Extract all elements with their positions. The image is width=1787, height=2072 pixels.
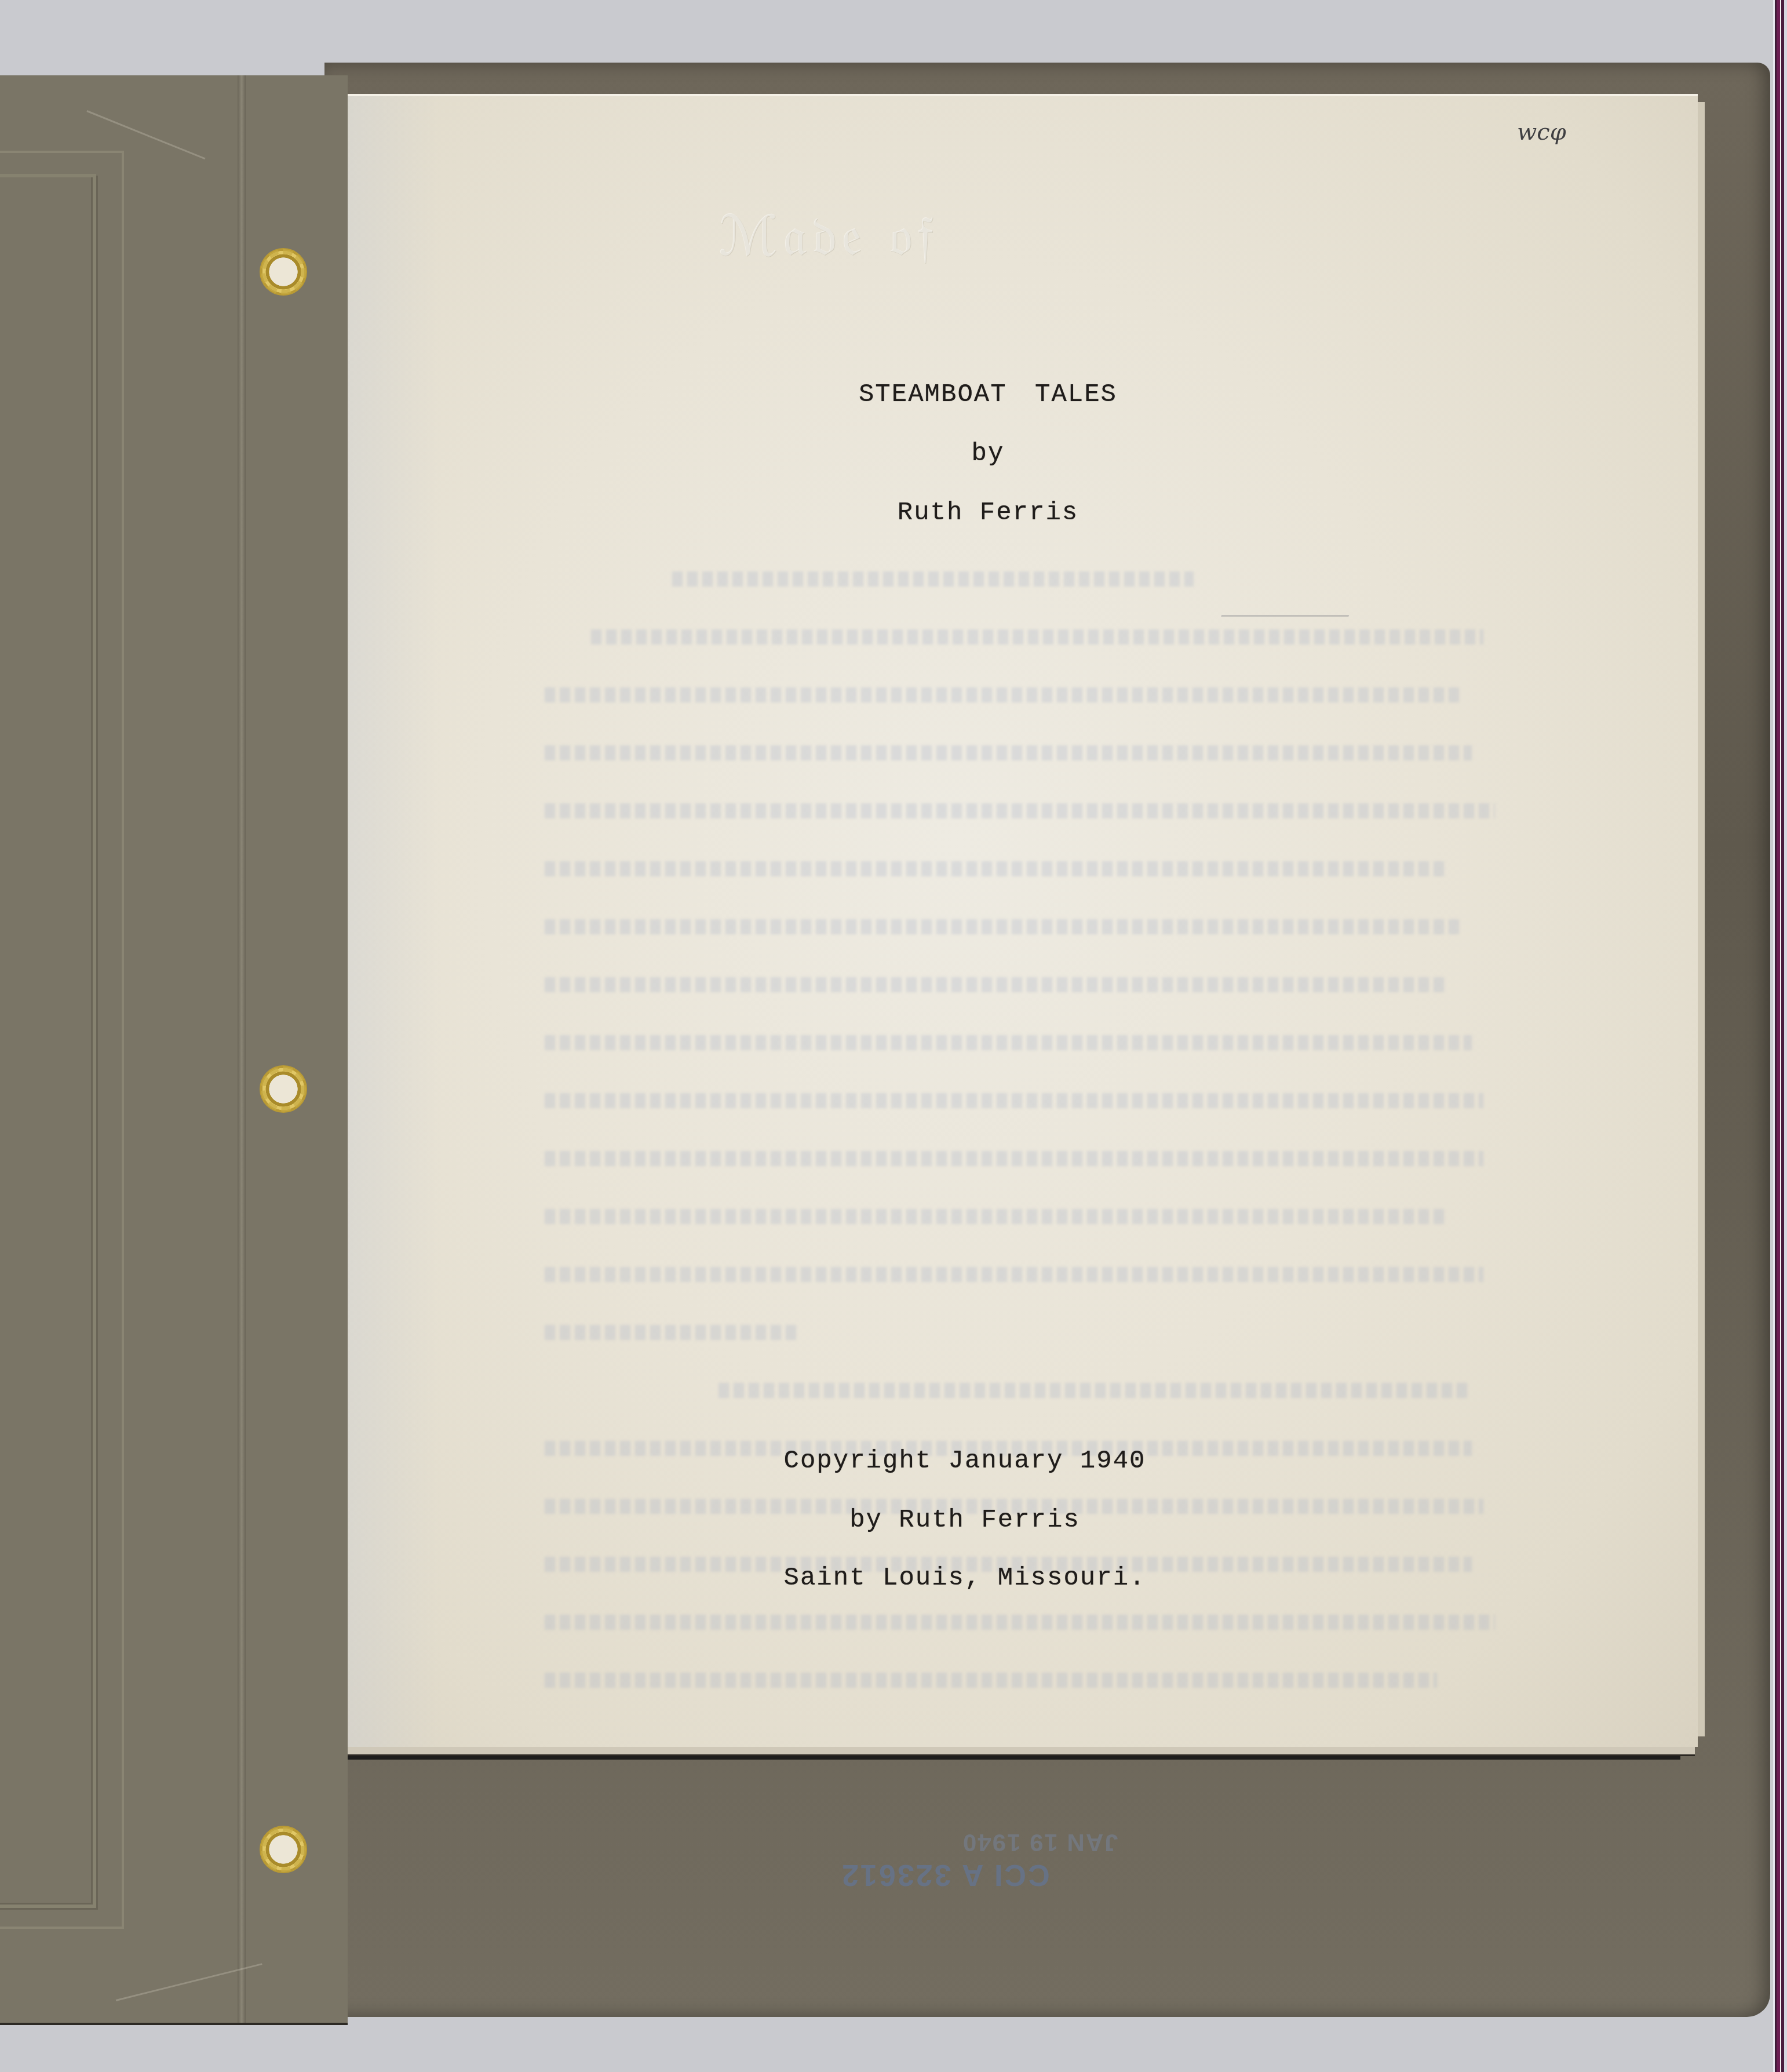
stamp-number-bleedthrough: CCI A 323612 xyxy=(840,1858,1050,1892)
bleedthrough-line xyxy=(591,629,1483,644)
pencil-mark xyxy=(1221,592,1358,617)
bleedthrough-line xyxy=(719,1383,1472,1398)
bleedthrough-line xyxy=(545,1673,1437,1688)
bleedthrough-line xyxy=(545,1615,1495,1630)
copyright-location: Saint Louis, Missouri. xyxy=(290,1564,1640,1593)
bleedthrough-line xyxy=(672,571,1194,587)
byline-by: by xyxy=(313,439,1663,468)
cover-embossed-panel xyxy=(0,174,96,1908)
scanner-edge-artifact xyxy=(1773,0,1787,2072)
bleedthrough-line xyxy=(545,803,1495,818)
cover-hinge-fold xyxy=(238,75,246,2023)
document-title: STEAMBOAT TALES xyxy=(313,380,1663,409)
bleedthrough-line xyxy=(545,1267,1483,1282)
bleedthrough-line xyxy=(545,919,1460,934)
copyright-date: Copyright January 1940 xyxy=(290,1447,1640,1476)
binder-grommet-icon xyxy=(260,1065,307,1113)
embossed-lettering: ℳ𝔞𝔡𝔢 𝔬𝔣 xyxy=(719,203,1159,267)
author-name: Ruth Ferris xyxy=(313,498,1663,527)
copyright-author: by Ruth Ferris xyxy=(290,1506,1640,1535)
binder-grommet-icon xyxy=(260,248,307,296)
bleedthrough-line xyxy=(545,977,1449,992)
bleedthrough-line xyxy=(545,1209,1449,1224)
bleedthrough-line xyxy=(545,1151,1483,1166)
bleedthrough-line xyxy=(545,1035,1472,1050)
binder-front-cover xyxy=(0,75,348,2025)
bleedthrough-line xyxy=(545,861,1449,876)
bleedthrough-line xyxy=(545,1093,1483,1108)
bleedthrough-line xyxy=(545,1325,800,1340)
binder-grommet-icon xyxy=(260,1826,307,1873)
stamp-date-bleedthrough: JAN 19 1940 xyxy=(962,1829,1118,1856)
bleedthrough-line xyxy=(545,687,1460,702)
handwritten-note: wcφ xyxy=(1517,119,1566,145)
bleedthrough-line xyxy=(545,745,1472,760)
title-page: ℳ𝔞𝔡𝔢 𝔬𝔣 STEAMBOAT TALES by Ruth Ferris C… xyxy=(348,94,1698,1747)
